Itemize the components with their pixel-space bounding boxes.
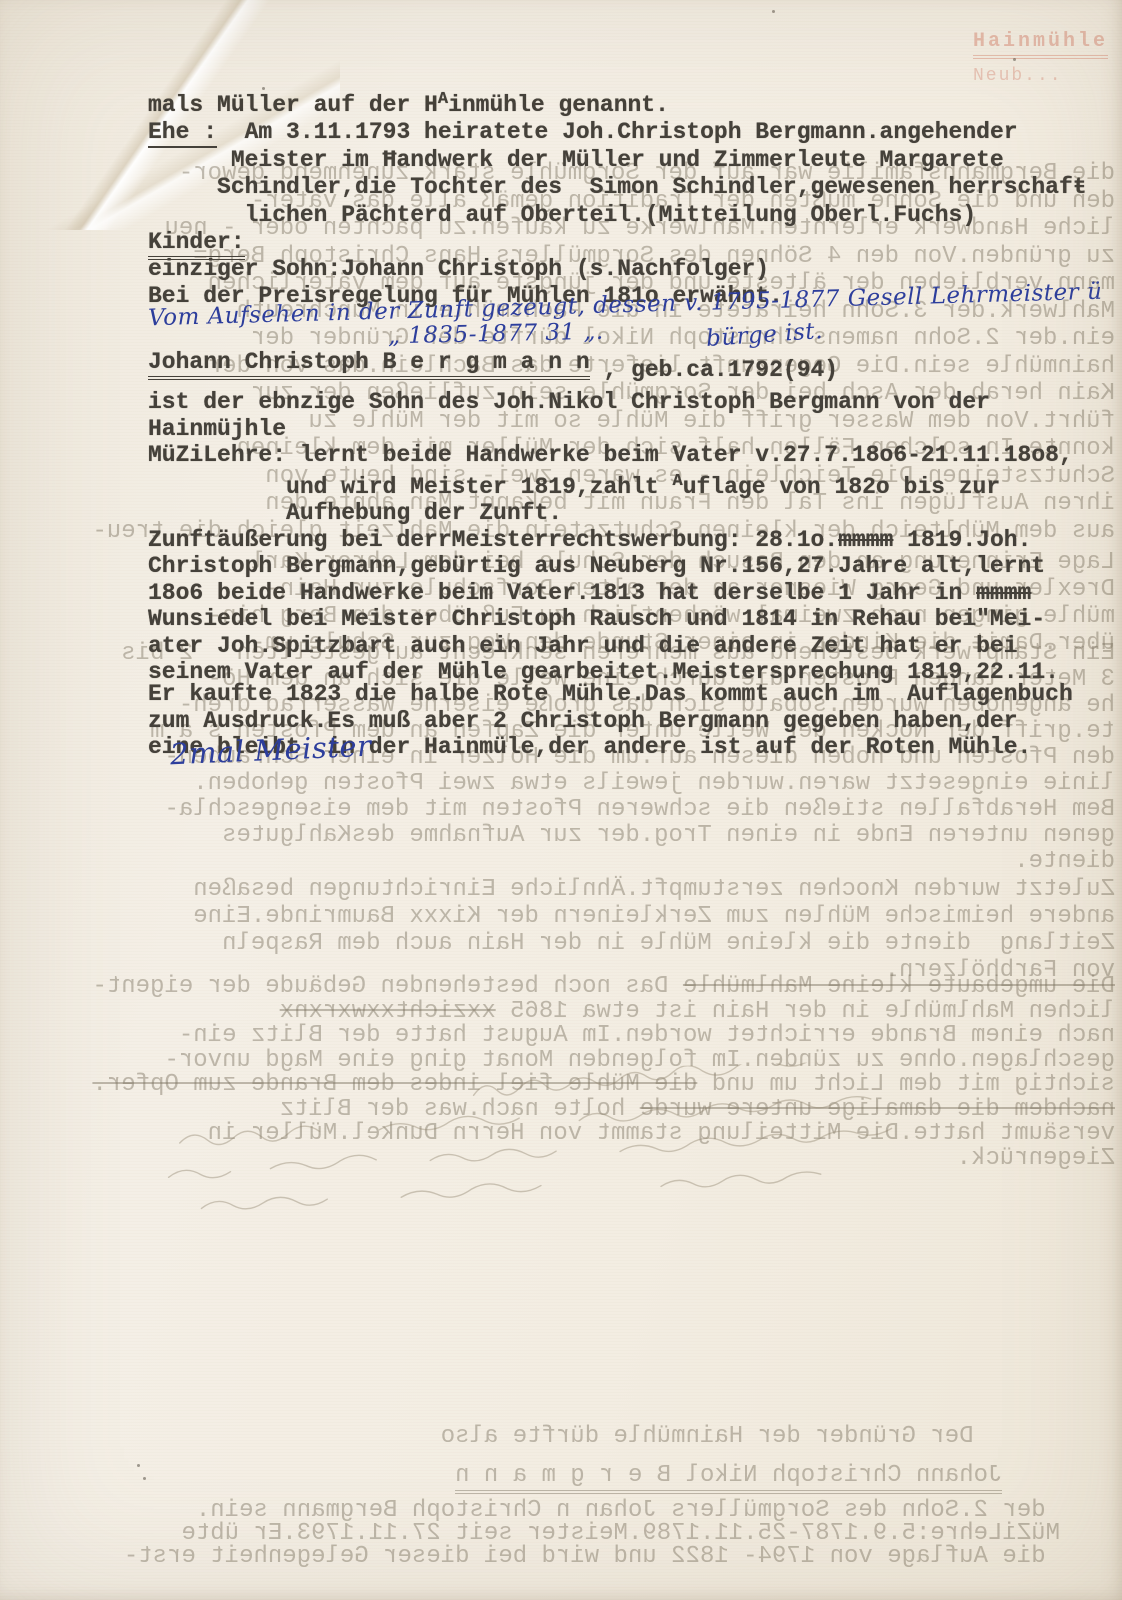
paper-speck [262, 87, 265, 90]
paper-speck [1013, 58, 1016, 61]
text-line: Hainmüjhle [148, 416, 1073, 443]
text-block: ist der ebnzige Sohn des Joh.Nikol Chris… [148, 389, 1073, 686]
text-line: Er kaufte 1823 die halbe Rote Mühle.Das … [148, 681, 1073, 708]
text-line: mals Müller auf der HAinmühle genannt. [148, 86, 1087, 119]
paper-speck [772, 10, 775, 13]
text-line: Schindler,die Tochter des Simon Schindle… [148, 174, 1087, 201]
text-line: Die umgebaute kleine Mahlmühle Das noch … [55, 975, 1115, 1000]
scribble-line [201, 1172, 821, 1210]
paper-speck [143, 1477, 146, 1480]
pencil-scribbles [138, 1056, 1062, 1240]
text-line: lichen Pächterd auf Oberteil.(Mitteilung… [148, 202, 1087, 229]
text-line: diente. [55, 849, 1115, 875]
text-line: Zeitlang diente die kleine Mühle in der … [55, 930, 1115, 957]
text-block: der 2.Sohn des Sorgmüllers Johan n Chris… [0, 1499, 1060, 1568]
text-block: Zuletzt wurden Knochen zerstumpft.Ähnlic… [55, 876, 1115, 984]
text-line: nach einem Brande errichtet worden.Im Au… [55, 1024, 1115, 1049]
text-block: Johann Christoph B e r g m a n n , geb.c… [148, 347, 838, 385]
document-page: die Bergmannsfamilie war auf der Sorgmüh… [0, 0, 1122, 1600]
paper-speck [137, 1464, 140, 1467]
text-line: Der Gründer der Hainmühle dürfte also [0, 1423, 1060, 1450]
text-block: Johann Christoph Nikol B e r g m a n n [0, 1462, 1060, 1490]
text-line: Ehe : Am 3.11.1793 heiratete Joh.Christo… [148, 119, 1087, 146]
corner-note-subtitle: Neub... [973, 66, 1108, 86]
text-line: lichen Mahlmühle in der Hain ist etwa 18… [55, 1000, 1115, 1025]
text-line: ater Joh.Spitzbart auch ein Jahr und die… [148, 633, 1073, 660]
scribble-line [168, 1128, 893, 1178]
text-line: der 2.Sohn des Sorgmüllers Johan n Chris… [0, 1499, 1060, 1522]
text-line: MüZiLehre:5.9.1787-25.11.1789.Meister se… [0, 1522, 1060, 1545]
handwritten-note-zunft-line2: „ 1835-1877 31 „. [388, 319, 604, 350]
text-line: Meister im Ħandwerk der Müller und Zimme… [148, 147, 1087, 174]
text-line: einziger Sohn:Johann Christoph (s.Nachfo… [148, 256, 1087, 283]
text-line: Zunftäußerung bei derrMeisterrechtswerbu… [148, 527, 1073, 554]
text-line: Wunsiedel bei Meister Christoph Rausch u… [148, 606, 1073, 633]
corner-note: Hainmühle Neub... [973, 30, 1108, 86]
text-line: linie eingesetzt waren.wurden jeweils et… [55, 771, 1115, 797]
text-block: Der Gründer der Hainmühle dürfte also [0, 1423, 1060, 1450]
text-line: Zuletzt wurden Knochen zerstumpft.Ähnlic… [55, 876, 1115, 903]
text-line: Bem Herabfallen stießen die schweren Pfo… [55, 797, 1115, 823]
text-line: Johann Christoph B e r g m a n n , geb.c… [148, 347, 838, 385]
text-line: die Auflage von 1794- 1822 und wird bei … [0, 1545, 1060, 1568]
text-line: andere heimische Mühlen zum Zerkleinern … [55, 903, 1115, 930]
text-line: zum Ausdruck.Es muß aber 2 Christoph Ber… [148, 708, 1073, 735]
text-line: Christoph Bergmann,gebürtig aus Neuberg … [148, 553, 1073, 580]
text-line: MüZiLehre: lernt beide Handwerke beim Va… [148, 442, 1073, 469]
text-line: Kinder: [148, 229, 1087, 256]
text-line: genen unteren Ende in einen Trog.der zur… [55, 823, 1115, 849]
text-line: Aufhebung der Zunft. [148, 500, 1073, 527]
text-line: ist der ebnzige Sohn des Joh.Nikol Chris… [148, 389, 1073, 416]
text-line: Johann Christoph Nikol B e r g m a n n [0, 1462, 1060, 1490]
corner-note-title: Hainmühle [973, 30, 1108, 59]
text-block: mals Müller auf der HAinmühle genannt.Eh… [148, 86, 1087, 284]
text-line: 18o6 beide Handwerke beim Vater.1813 hat… [148, 580, 1073, 607]
scribble-line [179, 1096, 872, 1145]
text-line: und wird Meister 1819,zahlt Auflage von … [148, 469, 1073, 501]
